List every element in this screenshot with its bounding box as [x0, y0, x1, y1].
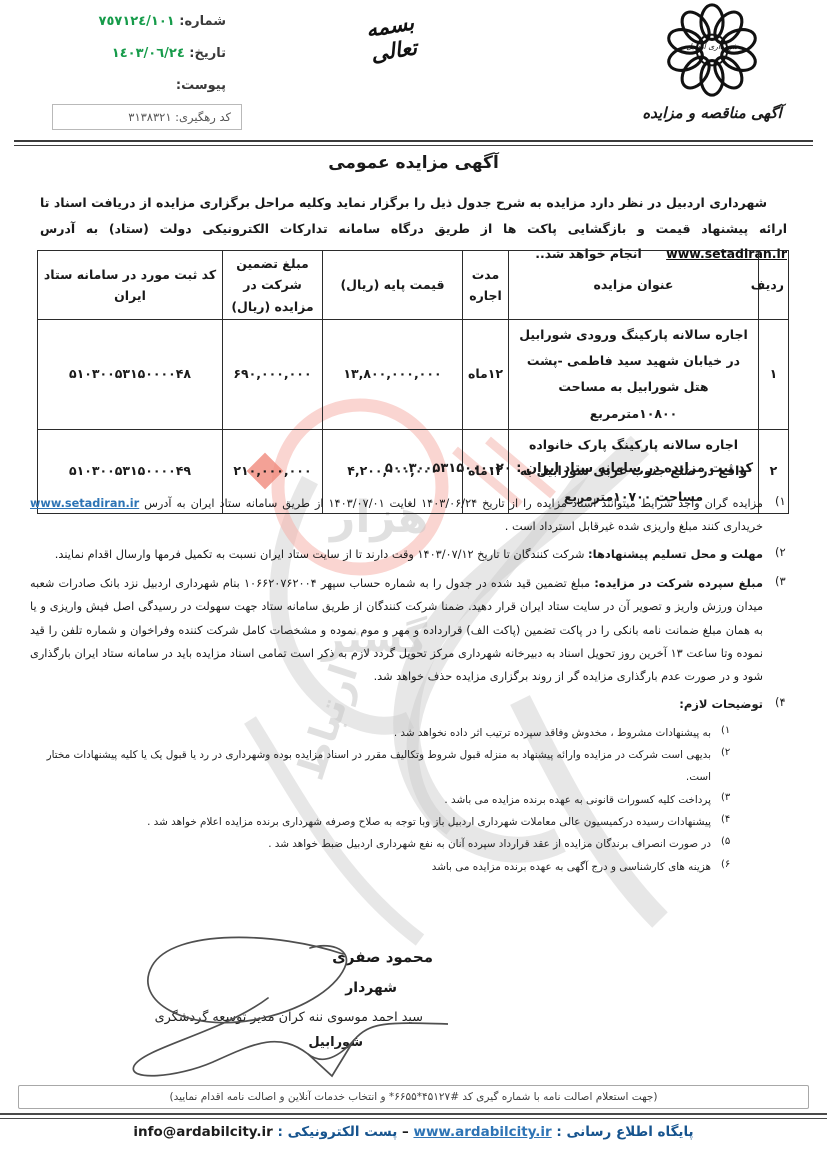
explanation-number: ۵) — [721, 833, 743, 855]
note-item-3: ۳) مبلغ سپرده شرکت در مزایده: مبلغ تضمین… — [30, 572, 801, 688]
logo-center-text: شهرداری اردبیل — [686, 42, 738, 51]
signature-scribble-icon — [118, 936, 448, 1081]
letter-number-label: شماره: — [179, 14, 226, 29]
explanation-item: ۴) پیشنهادات رسیده درکمیسیون عالی معاملا… — [30, 811, 743, 833]
tracking-code-label: کد رهگیری: — [175, 110, 231, 124]
explanation-number: ۶) — [721, 856, 743, 878]
auction-registration-code: کد ثبت مزایده در سامانه ستاد ایران : ۵۰۰… — [385, 461, 753, 476]
note-item-1: ۱) مزایده گران واجد شرایط میتوانند اسناد… — [30, 492, 801, 538]
note-text-tail: خریداری کنند مبلغ واریزی شده غیرقابل است… — [505, 520, 763, 533]
explanation-text: پیشنهادات رسیده درکمیسیون عالی معاملات ش… — [30, 811, 711, 833]
note-number: ۱) — [775, 492, 801, 538]
note-item-2: ۲) مهلت و محل تسلیم پیشنهادها: شرکت کنند… — [30, 543, 801, 567]
bismillah-calligraphy: بسمه تعالی — [343, 7, 442, 71]
cell-row-no: ۱ — [759, 319, 789, 429]
letter-date: تاریخ: ١٤٠٣/٠٦/٢٤ — [48, 46, 226, 61]
letter-date-value: ١٤٠٣/٠٦/٢٤ — [112, 46, 185, 61]
note-text: مزایده گران واجد شرایط میتوانند اسناد مز… — [139, 497, 763, 510]
explanation-item: ۲) بدیهی است شرکت در مزایده وارائه پیشنه… — [30, 744, 743, 789]
footer-separator: – — [402, 1124, 409, 1140]
table-header-row: ردیف عنوان مزایده مدت اجاره قیمت پایه (ر… — [38, 251, 789, 320]
municipality-logo-icon: شهرداری اردبیل — [664, 2, 760, 98]
letter-attachment-label: پیوست: — [176, 78, 226, 93]
explanation-text: در صورت انصراف برندگان مزایده از عقد قرا… — [30, 833, 711, 855]
explanation-item: ۳) پرداخت کلیه کسورات قانونی به عهده برن… — [30, 789, 743, 811]
cell-deposit: ۶۹۰,۰۰۰,۰۰۰ — [223, 319, 323, 429]
col-header-deposit: مبلغ تضمین شرکت در مزایده (ریال) — [223, 251, 323, 320]
footer-contact: پایگاه اطلاع رسانی : www.ardabilcity.ir … — [0, 1124, 827, 1140]
note-number: ۳) — [775, 572, 801, 688]
cell-title: اجاره سالانه پارکینگ ورودی شورابیل در خی… — [509, 319, 759, 429]
logo-caption: آگهی مناقصه و مزایده — [627, 104, 797, 122]
cell-code: ۵۱۰۳۰۰۵۳۱۵۰۰۰۰۴۸ — [38, 319, 223, 429]
letter-number: شماره: ٧٥٧١٢٤/١٠١ — [48, 14, 226, 29]
table-row: ۱ اجاره سالانه پارکینگ ورودی شورابیل در … — [38, 319, 789, 429]
logo-block: شهرداری اردبیل آگهی مناقصه و مزایده — [627, 2, 797, 122]
col-header-base-price: قیمت پایه (ریال) — [323, 251, 463, 320]
col-header-duration: مدت اجاره — [463, 251, 509, 320]
tracking-code-value: ٣١٣٨٣٢١ — [128, 110, 171, 124]
note-number: ۲) — [775, 543, 801, 567]
authenticity-note: (جهت استعلام اصالت نامه با شماره گیری کد… — [18, 1085, 809, 1109]
note-text: شرکت کنندگان تا تاریخ ۱۴۰۳/۰۷/۱۲ وقت دار… — [55, 548, 588, 561]
website-link[interactable]: www.ardabilcity.ir — [413, 1124, 551, 1140]
note-heading: مهلت و محل تسلیم پیشنهادها: — [588, 547, 763, 561]
portal-label: پایگاه اطلاع رسانی : — [556, 1124, 693, 1140]
explanation-item: ۵) در صورت انصراف برندگان مزایده از عقد … — [30, 833, 743, 855]
explanation-number: ۱) — [721, 722, 743, 744]
letter-meta: شماره: ٧٥٧١٢٤/١٠١ تاریخ: ١٤٠٣/٠٦/٢٤ پیوس… — [48, 14, 226, 110]
cell-base-price: ۱۳,۸۰۰,۰۰۰,۰۰۰ — [323, 319, 463, 429]
explanation-text: هزینه های کارشناسی و درج آگهی به عهده بر… — [30, 856, 711, 878]
tracking-code-box: کد رهگیری: ٣١٣٨٣٢١ — [52, 104, 242, 130]
explanation-number: ۲) — [721, 744, 743, 789]
letter-date-label: تاریخ: — [189, 46, 226, 61]
col-header-title: عنوان مزایده — [509, 251, 759, 320]
notes-list: ۱) مزایده گران واجد شرایط میتوانند اسناد… — [30, 492, 801, 878]
cell-duration: ۱۲ماه — [463, 319, 509, 429]
col-header-row-no: ردیف — [759, 251, 789, 320]
explanation-text: پرداخت کلیه کسورات قانونی به عهده برنده … — [30, 789, 711, 811]
email-link[interactable]: info@ardabilcity.ir — [133, 1124, 272, 1140]
explanation-item: ۶) هزینه های کارشناسی و درج آگهی به عهده… — [30, 856, 743, 878]
explanation-item: ۱) به پیشنهادات مشروط ، مخدوش وفاقد سپرد… — [30, 722, 743, 744]
header-divider — [14, 140, 813, 146]
explanations-list: ۱) به پیشنهادات مشروط ، مخدوش وفاقد سپرد… — [30, 722, 743, 879]
explanation-number: ۴) — [721, 811, 743, 833]
email-label: پست الکترونیکی : — [277, 1124, 397, 1140]
explanation-number: ۳) — [721, 789, 743, 811]
footer-divider — [0, 1113, 827, 1119]
note-text: مبلغ تضمین قید شده در جدول را به شماره ح… — [30, 577, 763, 683]
explanation-text: به پیشنهادات مشروط ، مخدوش وفاقد سپرده ت… — [30, 722, 711, 744]
setadiran-link[interactable]: www.setadiran.ir — [30, 492, 139, 515]
col-header-code: کد ثبت مورد در سامانه ستاد ایران — [38, 251, 223, 320]
note-item-4: ۴) توضیحات لازم: — [30, 693, 801, 717]
letter-number-value: ٧٥٧١٢٤/١٠١ — [99, 14, 175, 29]
note-number: ۴) — [775, 693, 801, 717]
page-title: آگهی مزایده عمومی — [0, 153, 827, 173]
note-heading: توضیحات لازم: — [679, 697, 763, 711]
letter-attachment: پیوست: — [48, 78, 226, 93]
intro-text: شهرداری اردبیل در نظر دارد مزایده به شرح… — [40, 195, 787, 236]
note-heading: مبلغ سپرده شرکت در مزایده: — [594, 576, 763, 590]
explanation-text: بدیهی است شرکت در مزایده وارائه پیشنهاد … — [30, 744, 711, 789]
